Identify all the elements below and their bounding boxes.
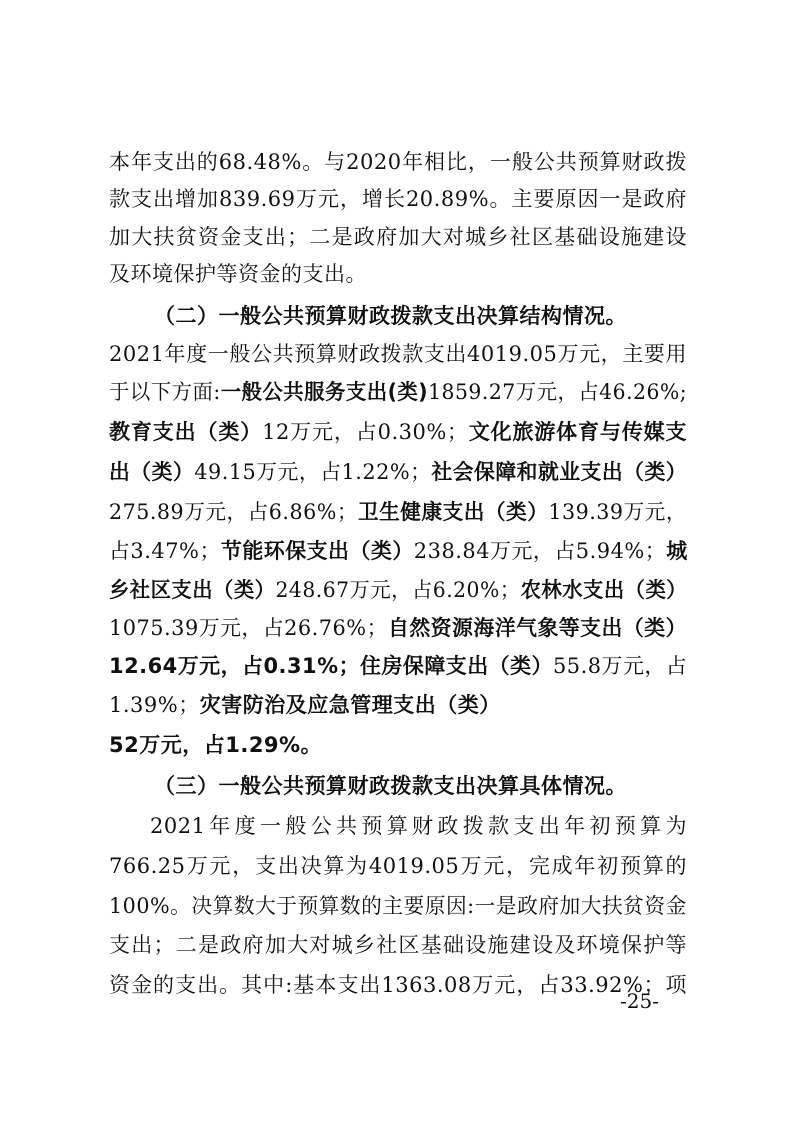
- text-segment: 2021年度一般公共预算财政拨款支出年初预算为: [150, 814, 687, 838]
- bold-text-segment: 文化旅游体育与传媒支: [468, 420, 687, 444]
- text-segment: 占3.47%；: [109, 539, 221, 563]
- bold-text-segment: 卫生健康支出（类）: [358, 500, 548, 524]
- bold-text-segment: 出（类）: [109, 460, 194, 484]
- section-heading: （二）一般公共预算财政拨款支出决算结构情况。: [154, 302, 687, 330]
- text-segment: 275.89万元，占6.86%；: [109, 500, 358, 524]
- bold-text-segment: 12.64万元，占0.31%；住房保障支出（类）: [109, 654, 553, 678]
- text-line: 100%。决算数大于预算数的主要原因:一是政府加大扶贫资金: [109, 892, 687, 920]
- bold-text-segment: 节能环保支出（类）: [221, 539, 414, 563]
- text-line: 出（类）49.15万元，占1.22%；社会保障和就业支出（类）: [109, 458, 687, 486]
- text-segment: 238.84万元，占5.94%；: [414, 539, 666, 563]
- text-line: 766.25万元，支出决算为4019.05万元，完成年初预算的: [109, 852, 687, 880]
- section-heading: （三）一般公共预算财政拨款支出决算具体情况。: [154, 772, 687, 800]
- text-segment: 支出；二是政府加大对城乡社区基础设施建设及环境保护等: [109, 933, 687, 957]
- text-segment: 及环境保护等资金的支出。: [109, 262, 367, 286]
- text-line: 加大扶贫资金支出；二是政府加大对城乡社区基础设施建设: [109, 223, 687, 251]
- text-line: 本年支出的68.48%。与2020年相比，一般公共预算财政拨: [109, 148, 687, 176]
- text-segment: 100%。决算数大于预算数的主要原因:一是政府加大扶贫资金: [109, 894, 687, 918]
- text-segment: 248.67万元，占6.20%；: [275, 578, 520, 602]
- bold-text-segment: 社会保障和就业支出（类）: [431, 460, 687, 484]
- bold-text-segment: 一般公共服务支出(类): [221, 380, 428, 404]
- text-segment: 55.8万元，占: [553, 654, 687, 678]
- text-segment: 于以下方面:: [109, 380, 221, 404]
- text-segment: 加大扶贫资金支出；二是政府加大对城乡社区基础设施建设: [109, 225, 687, 249]
- bold-text-segment: （三）一般公共预算财政拨款支出决算具体情况。: [154, 774, 627, 798]
- bold-text-segment: 自然资源海洋气象等支出（类）: [388, 616, 687, 640]
- bold-text-segment: （二）一般公共预算财政拨款支出决算结构情况。: [154, 304, 627, 328]
- text-line: 1075.39万元，占26.76%；自然资源海洋气象等支出（类）: [109, 614, 687, 642]
- text-segment: 1075.39万元，占26.76%；: [109, 616, 388, 640]
- text-line: 乡社区支出（类）248.67万元，占6.20%；农林水支出（类）: [109, 576, 687, 604]
- bold-text-segment: 城: [666, 539, 687, 563]
- page-number: -25-: [620, 988, 659, 1014]
- text-line: 2021年度一般公共预算财政拨款支出4019.05万元，主要用: [109, 340, 687, 368]
- bold-text-segment: 52万元，占1.29%。: [109, 733, 322, 757]
- bold-text-segment: 灾害防治及应急管理支出（类）: [200, 693, 501, 717]
- text-line: 12.64万元，占0.31%；住房保障支出（类）55.8万元，占: [109, 652, 687, 680]
- text-line: 2021年度一般公共预算财政拨款支出年初预算为: [150, 812, 687, 840]
- text-segment: 49.15万元，占1.22%；: [194, 460, 431, 484]
- text-line: 教育支出（类）12万元，占0.30%；文化旅游体育与传媒支: [109, 418, 687, 446]
- bold-text-segment: 乡社区支出（类）: [109, 578, 275, 602]
- text-line: 资金的支出。其中:基本支出1363.08万元，占33.92%；项: [109, 971, 687, 999]
- bold-text-segment: 农林水支出（类）: [521, 578, 687, 602]
- text-line: 支出；二是政府加大对城乡社区基础设施建设及环境保护等: [109, 931, 687, 959]
- text-segment: 1.39%；: [109, 693, 200, 717]
- text-line: 及环境保护等资金的支出。: [109, 260, 687, 288]
- document-page: 本年支出的68.48%。与2020年相比，一般公共预算财政拨款支出增加839.6…: [0, 0, 793, 1122]
- text-segment: 766.25万元，支出决算为4019.05万元，完成年初预算的: [109, 854, 687, 878]
- text-line: 275.89万元，占6.86%；卫生健康支出（类）139.39万元，: [109, 498, 687, 526]
- text-line: 款支出增加839.69万元，增长20.89%。主要原因一是政府: [109, 185, 687, 213]
- text-segment: 2021年度一般公共预算财政拨款支出4019.05万元，主要用: [109, 342, 687, 366]
- text-segment: 12万元，占0.30%；: [262, 420, 468, 444]
- text-line: 于以下方面:一般公共服务支出(类)1859.27万元，占46.26%;: [109, 378, 687, 406]
- text-segment: 139.39万元，: [548, 500, 687, 524]
- text-line: 占3.47%；节能环保支出（类）238.84万元，占5.94%；城: [109, 537, 687, 565]
- bold-text-segment: 教育支出（类）: [109, 420, 262, 444]
- text-segment: 资金的支出。其中:基本支出1363.08万元，占33.92%；项: [109, 973, 687, 997]
- text-line: 1.39%；灾害防治及应急管理支出（类）: [109, 691, 687, 719]
- text-line: 52万元，占1.29%。: [109, 731, 687, 759]
- text-segment: 本年支出的68.48%。与2020年相比，一般公共预算财政拨: [109, 150, 687, 174]
- text-segment: 款支出增加839.69万元，增长20.89%。主要原因一是政府: [109, 187, 687, 211]
- text-segment: 1859.27万元，占46.26%;: [428, 380, 687, 404]
